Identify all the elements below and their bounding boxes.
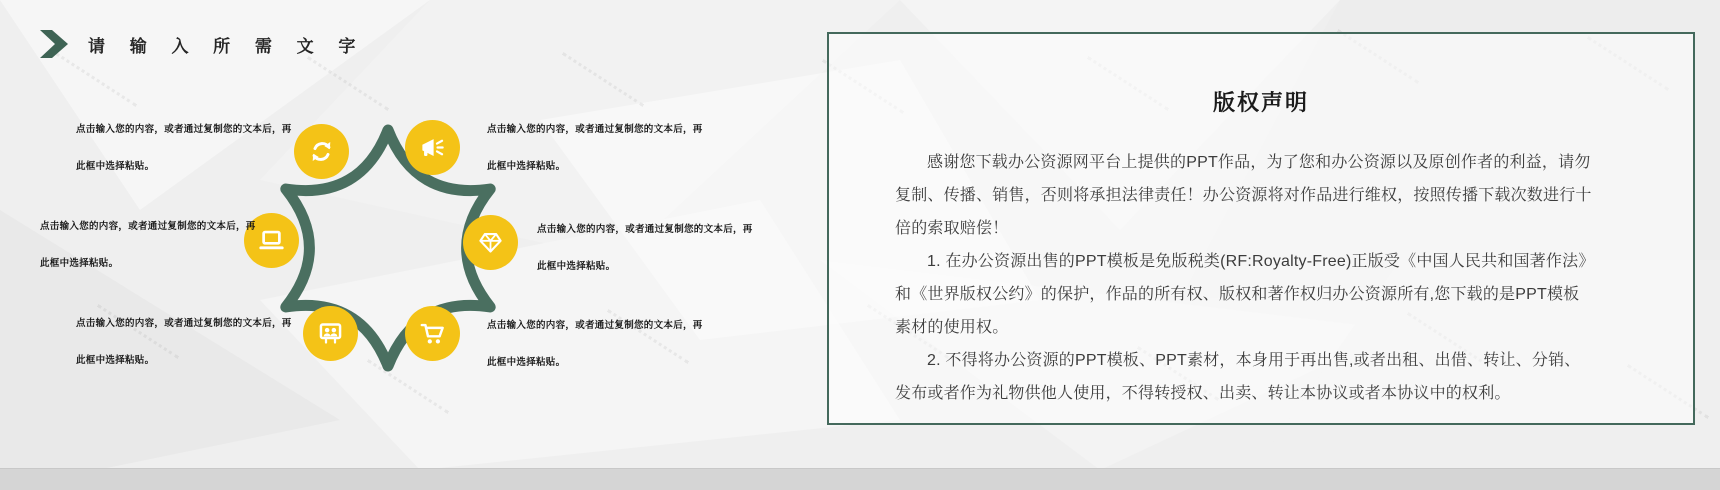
copyright-paragraph-3: 2. 不得将办公资源的PPT模板、PPT素材，本身用于再出售,或者出租、出借、转… (895, 344, 1593, 410)
slides-canvas: 请 输 入 所 需 文 字 (0, 0, 1720, 490)
left-slide-header: 请 输 入 所 需 文 字 (38, 30, 365, 58)
megaphone-icon[interactable] (405, 120, 460, 175)
placeholder-text-top-right[interactable]: 点击输入您的内容，或者通过复制您的文本后，再 此框中选择粘贴。 (487, 111, 699, 185)
placeholder-text-bottom-left[interactable]: 点击输入您的内容，或者通过复制您的文本后，再 此框中选择粘贴。 (76, 305, 288, 379)
chevron-right-icon (38, 30, 72, 58)
diamond-icon[interactable] (463, 215, 518, 270)
left-slide-title[interactable]: 请 输 入 所 需 文 字 (88, 32, 365, 57)
placeholder-text-top-left[interactable]: 点击输入您的内容，或者通过复制您的文本后，再 此框中选择粘贴。 (76, 111, 288, 185)
placeholder-text-bottom-right[interactable]: 点击输入您的内容，或者通过复制您的文本后，再 此框中选择粘贴。 (487, 307, 699, 381)
copyright-body[interactable]: 感谢您下载办公资源网平台上提供的PPT作品，为了您和办公资源以及原创作者的利益，… (895, 146, 1593, 410)
placeholder-text-middle-left[interactable]: 点击输入您的内容，或者通过复制您的文本后，再 此框中选择粘贴。 (40, 208, 252, 282)
copyright-paragraph-2: 1. 在办公资源出售的PPT模板是免版税类(RF:Royalty-Free)正版… (895, 245, 1593, 344)
sync-icon[interactable] (294, 124, 349, 179)
cart-icon[interactable] (405, 306, 460, 361)
presentation-board-icon[interactable] (303, 306, 358, 361)
placeholder-text-middle-right[interactable]: 点击输入您的内容，或者通过复制您的文本后，再 此框中选择粘贴。 (537, 211, 749, 285)
copyright-title[interactable]: 版权声明 (829, 86, 1693, 117)
bottom-strip (0, 468, 1720, 490)
copyright-paragraph-1: 感谢您下载办公资源网平台上提供的PPT作品，为了您和办公资源以及原创作者的利益，… (895, 146, 1593, 245)
copyright-box: 版权声明 感谢您下载办公资源网平台上提供的PPT作品，为了您和办公资源以及原创作… (827, 32, 1695, 425)
